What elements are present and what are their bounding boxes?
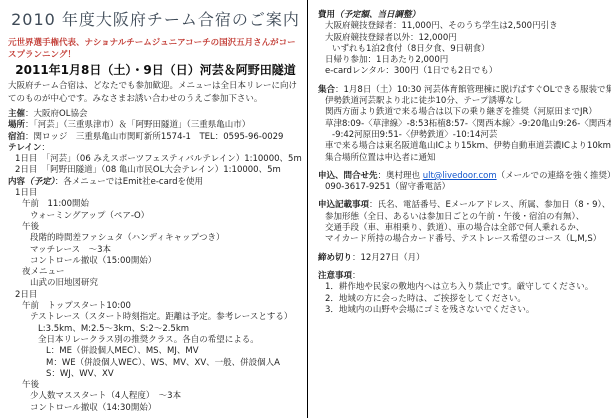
doc-line: 全日本リレークラス別の推奨クラス。各自の希望による。 [8,335,303,346]
spacer [318,164,609,171]
line-text: 山武の旧地図研究 [30,278,98,288]
doc-line: 参加形態（全日、あるいは参加日ごとの午前・午後・宿泊の有無）、 [318,212,609,223]
line-text: 車で来る場合は東名阪道亀山ICより15km、伊勢自動車道芸濃ICより10km [325,141,611,151]
date-heading: 2011年1月8日（土）・9日（日）河芸＆阿野田隧道 [8,63,303,78]
line-label-em: （予定） [25,177,55,187]
doc-line: 関西方面より鉄道で来る場合は以下の乗り継ぎを推奨（河原田までJR） [318,107,609,118]
line-text: 伊勢鉄道河芸駅より北に徒歩10分、テープ誘導なし [325,96,522,106]
spacer [318,78,609,85]
line-text: 午後 [22,222,39,232]
line-label-em: （予定額、当日調整） [335,10,420,20]
line-label: 主催 [8,109,25,119]
doc-line: 日帰り参加：1日あたり2,000円 [318,55,609,66]
line-text: ：12月27日（月） [352,253,425,263]
doc-line: ウォーミングアップ（ペア-O） [8,211,303,222]
line-label: テレイン [8,143,41,153]
line-text: L：ME（併設個人MEC）、MS、MJ、MV [46,346,199,356]
line-text: 全日本リレークラス別の推奨クラス。各自の希望による。 [38,335,259,345]
doc-line: 大阪府競技登録者以外：12,000円 [318,33,609,44]
line-label: 申込、問合せ先 [318,171,378,181]
doc-line: L：ME（併設個人MEC）、MS、MJ、MV [8,346,303,357]
line-text: 1．耕作地や民家の敷地内へは立ち入り禁止です。厳守してください。 [325,282,593,292]
doc-line: 交通手段（車、車相乗り、鉄道）、車の場合は全部で何人乗れるか、 [318,223,609,234]
doc-line: マイカード所持の場合カード番号、テストレース希望のコース（L,M,S） [318,234,609,245]
doc-line: テレイン： [8,143,303,154]
line-label: 締め切り [318,253,352,263]
line-text: 少人数マススタート（4人程度） ～3本 [30,391,181,401]
doc-line: 夜メニュー [8,267,303,278]
line-text: 午前 11:00開始 [22,199,89,209]
doc-line: S：WJ、WV、XV [8,369,303,380]
line-text: （メールでの連絡を強く推奨） [497,171,611,181]
line-text: 夜メニュー [22,267,65,277]
line-text: 午後 [22,380,39,390]
email-link[interactable]: ult@livedoor.com [423,171,497,181]
doc-line: 午前 11:00開始 [8,199,303,210]
doc-line: 主催：大阪府OL協会 [8,109,303,120]
line-text: ：大阪府OL協会 [25,109,87,119]
line-text: 午前 トップスタート10:00 [22,301,131,311]
doc-line: -9:42河原田9:51-〈伊勢鉄道〉-10:14河芸 [318,130,609,141]
line-text: 草津8:09-〈草津線〉-8:53柘植8:57-〈関西本線〉-9:20亀山9:2… [325,119,611,129]
line-text: 段階的時間差ファシュタ（ハンディキャップつき） [30,233,224,243]
doc-line: M：WE（併設個人WEC）、WS、MV、XV、一般、併設個人A [8,358,303,369]
doc-line: 費用（予定額、当日調整） [318,10,609,21]
line-label: 宿泊 [8,132,25,142]
line-text: 090-3617-9251（留守番電話） [325,182,450,192]
spacer [318,264,609,271]
line-text: e-cardレンタル：300円（1日でも2日でも） [325,66,497,76]
left-column: 2010 年度大阪府チーム合宿のご案内 元世界選手権代表、ナショナルチームジュニ… [0,0,307,418]
line-text: -9:42河原田9:51-〈伊勢鉄道〉-10:14河芸 [332,130,497,140]
line-text: ：関ロッジ 三重県亀山市関町新所1574-1 TEL：0595-96-0029 [25,132,283,142]
line-text: ウォーミングアップ（ペア-O） [30,211,149,221]
line-text: ： [41,143,50,153]
intro-paragraph: 大阪府チーム合宿は、どなたでも参加歓迎。メニューは全日本リレーに向けてのものが中… [8,80,303,105]
doc-line: 少人数マススタート（4人程度） ～3本 [8,391,303,402]
doc-line: 集合：1月8日（土）10:30 河芸体育館管理棟に脱げばすぐOLできる服装で集合 [318,85,609,96]
line-text: 2．地域の方に会った時は、ご挨拶をしてください。 [325,294,526,304]
line-text: S：WJ、WV、XV [46,369,114,379]
line-text: L:3.5km、M:2.5～3km、S:2～2.5km [38,324,189,334]
line-text: ：奥村理也 [378,171,423,181]
planner-note: 元世界選手権代表、ナショナルチームジュニアコーチの国沢五月さんがコースプランニン… [8,37,303,61]
line-label: 集合 [318,85,335,95]
doc-line: 2日目 「阿野田隧道」（08 亀山市民OL大会テレイン）1:10000、5m [8,165,303,176]
doc-line: 車で来る場合は東名阪道亀山ICより15km、伊勢自動車道芸濃ICより10km [318,141,609,152]
line-text: 日帰り参加：1日あたり2,000円 [325,55,448,65]
line-text: コントロール撤収（15:00開始） [30,256,156,266]
doc-line: 1日目 [8,188,303,199]
line-text: テストレース（スタート時刻指定。距離は予定。参考レースとする） [30,312,292,322]
line-text: 参加形態（全日、あるいは参加日ごとの午前・午後・宿泊の有無）、 [325,212,584,222]
doc-line: マッチレース ～3本 [8,245,303,256]
line-text: 1日目 「河芸」（06 みえスポーツフェスティバルテレイン）1:10000、5m [15,154,302,164]
doc-line: 場所：「河芸」（三重県津市）＆「阿野田隧道」（三重県亀山市） [8,120,303,131]
line-label: 場所 [8,120,25,130]
doc-line: 2．地域の方に会った時は、ご挨拶をしてください。 [318,294,609,305]
line-text: 2日目 [15,290,37,300]
line-text: 1日目 [15,188,37,198]
doc-line: 午後 [8,380,303,391]
doc-line: 内容（予定）：各メニューではEmit社e-cardを使用 [8,177,303,188]
doc-line: 1日目 「河芸」（06 みえスポーツフェスティバルテレイン）1:10000、5m [8,154,303,165]
spacer [318,246,609,253]
doc-line: 大阪府競技登録者：11,000円、そのうち学生は2,500円引き [318,21,609,32]
left-column-list: 主催：大阪府OL協会場所：「河芸」（三重県津市）＆「阿野田隧道」（三重県亀山市）… [8,109,303,414]
line-label: 注意事項 [318,271,352,281]
doc-line: e-cardレンタル：300円（1日でも2日でも） [318,66,609,77]
doc-line: 2日目 [8,290,303,301]
doc-line: 伊勢鉄道河芸駅より北に徒歩10分、テープ誘導なし [318,96,609,107]
doc-line: 1．耕作地や民家の敷地内へは立ち入り禁止です。厳守してください。 [318,282,609,293]
doc-line: 集合場所位置は申込者に通知 [318,153,609,164]
line-text: 関西方面より鉄道で来る場合は以下の乗り継ぎを推奨（河原田までJR） [325,107,597,117]
doc-line: テストレース（スタート時刻指定。距離は予定。参考レースとする） [8,312,303,323]
line-text: 交通手段（車、車相乗り、鉄道）、車の場合は全部で何人乗れるか、 [325,223,584,233]
doc-line: いずれも1泊2食付（8日夕食、9日朝食） [318,44,609,55]
doc-line: 午前 トップスタート10:00 [8,301,303,312]
doc-line: 申込記載事項：氏名、電話番号、Eメールアドレス、所属、参加日（8・9）、 [318,200,609,211]
right-column-list: 費用（予定額、当日調整）大阪府競技登録者：11,000円、そのうち学生は2,50… [318,10,609,316]
page-title: 2010 年度大阪府チーム合宿のご案内 [8,10,303,30]
doc-line: コントロール撤収（14:30開始） [8,403,303,414]
line-text: M：WE（併設個人WEC）、WS、MV、XV、一般、併設個人A [46,358,280,368]
doc-line: 段階的時間差ファシュタ（ハンディキャップつき） [8,233,303,244]
line-text: 2日目 「阿野田隧道」（08 亀山市民OL大会テレイン）1:10000、5m [15,165,281,175]
doc-line: 宿泊：関ロッジ 三重県亀山市関町新所1574-1 TEL：0595-96-002… [8,132,303,143]
doc-line: 090-3617-9251（留守番電話） [318,182,609,193]
line-text: コントロール撤収（14:30開始） [30,403,156,413]
line-text: 3．地域内の山野や会場にゴミを残さないでください。 [325,305,534,315]
doc-line: L:3.5km、M:2.5～3km、S:2～2.5km [8,324,303,335]
doc-line: 午後 [8,222,303,233]
doc-line: 締め切り：12月27日（月） [318,253,609,264]
line-text: 集合場所位置は申込者に通知 [325,153,436,163]
document-page: 2010 年度大阪府チーム合宿のご案内 元世界選手権代表、ナショナルチームジュニ… [0,0,611,418]
line-text: ：「河芸」（三重県津市）＆「阿野田隧道」（三重県亀山市） [25,120,250,130]
doc-line: 3．地域内の山野や会場にゴミを残さないでください。 [318,305,609,316]
line-text: マイカード所持の場合カード番号、テストレース希望のコース（L,M,S） [325,234,601,244]
line-label: 費用 [318,10,335,20]
line-text: ：1月8日（土）10:30 河芸体育館管理棟に脱げばすぐOLできる服装で集合 [335,85,611,95]
line-text: ：氏名、電話番号、Eメールアドレス、所属、参加日（8・9）、 [369,200,610,210]
doc-line: 注意事項： [318,271,609,282]
line-text: ： [352,271,361,281]
doc-line: 申込、問合せ先：奥村理也 ult@livedoor.com（メールでの連絡を強く… [318,171,609,182]
line-text: ：各メニューではEmit社e-cardを使用 [55,177,203,187]
line-text: 大阪府競技登録者：11,000円、そのうち学生は2,500円引き [325,21,558,31]
doc-line: 草津8:09-〈草津線〉-8:53柘植8:57-〈関西本線〉-9:20亀山9:2… [318,119,609,130]
line-text: マッチレース ～3本 [30,245,111,255]
line-text: 大阪府競技登録者以外：12,000円 [325,33,457,43]
line-label: 内容 [8,177,25,187]
doc-line: コントロール撤収（15:00開始） [8,256,303,267]
doc-line: 山武の旧地図研究 [8,278,303,289]
right-column: 費用（予定額、当日調整）大阪府競技登録者：11,000円、そのうち学生は2,50… [308,0,611,418]
line-text: いずれも1泊2食付（8日夕食、9日朝食） [332,44,490,54]
line-label: 申込記載事項 [318,200,369,210]
